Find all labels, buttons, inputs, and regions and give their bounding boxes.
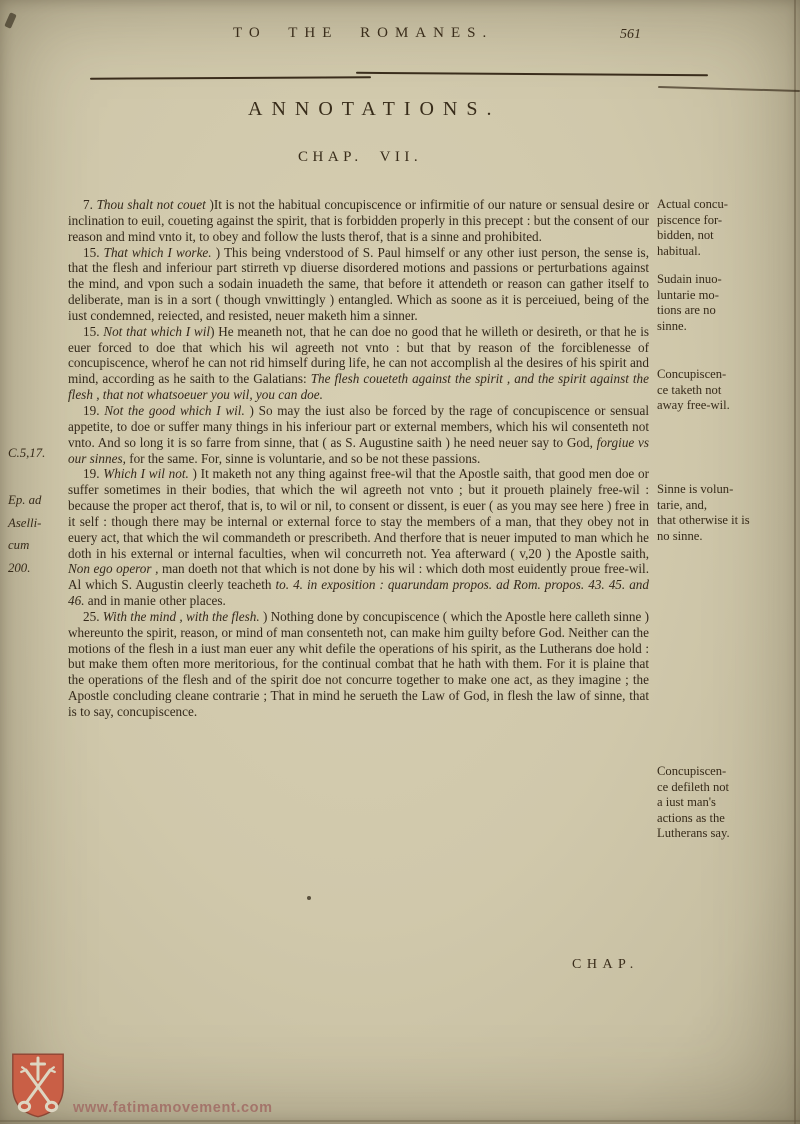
ink-dot bbox=[307, 896, 311, 900]
verse-number: 15. bbox=[83, 324, 103, 339]
lemma: That which I worke. bbox=[104, 245, 216, 260]
annotation-verse-7: 7. Thou shalt not couet )It is not the h… bbox=[68, 197, 649, 245]
header-rule-left bbox=[90, 76, 371, 80]
verse-number: 25. bbox=[83, 609, 103, 624]
annotation-body: and in manie other places. bbox=[88, 593, 226, 608]
margin-note-left-citation: C.5,17. bbox=[8, 446, 66, 461]
verse-number: 19. bbox=[83, 466, 103, 481]
chapter-heading: CHAP. VII. bbox=[298, 149, 422, 166]
section-title: ANNOTATIONS. bbox=[248, 98, 501, 121]
annotation-text-block: 7. Thou shalt not couet )It is not the h… bbox=[68, 197, 649, 720]
watermark: www.fatimamovement.com bbox=[10, 1051, 273, 1119]
verse-number: 15. bbox=[83, 245, 104, 260]
watermark-url: www.fatimamovement.com bbox=[73, 1100, 273, 1116]
page-edge-bottom bbox=[0, 1120, 800, 1122]
catchword: CHAP. bbox=[572, 957, 639, 973]
verse-number: 7. bbox=[83, 197, 97, 212]
margin-note-right: Concupiscen- ce defileth not a iust man'… bbox=[657, 764, 797, 842]
annotation-verse-19a: 19. Not the good which I wil. ) So may t… bbox=[68, 403, 649, 466]
margin-note-left-citation: Ep. ad Aselli- cum 200. bbox=[8, 489, 66, 579]
scripture-quote: Non ego operor , bbox=[68, 561, 162, 576]
page-edge-right bbox=[794, 0, 796, 1124]
margin-note-right: Sudain inuo- luntarie mo- tions are no s… bbox=[657, 272, 797, 334]
crossed-keys-shield-icon bbox=[10, 1051, 66, 1119]
running-header: TO THE ROMANES. bbox=[233, 25, 493, 42]
lemma: Which I wil not. bbox=[103, 466, 192, 481]
annotation-verse-25: 25. With the mind , with the flesh. ) No… bbox=[68, 609, 649, 720]
lemma: Not that which I wil bbox=[103, 324, 210, 339]
page-number: 561 bbox=[620, 27, 641, 43]
margin-note-right: Concupiscen- ce taketh not away free-wil… bbox=[657, 367, 797, 414]
annotation-body: ) Nothing done by concupiscence ( which … bbox=[68, 609, 649, 719]
annotation-verse-15a: 15. That which I worke. ) This being vnd… bbox=[68, 245, 649, 324]
lemma: Thou shalt not couet bbox=[97, 197, 210, 212]
annotation-verse-15b: 15. Not that which I wil) He meaneth not… bbox=[68, 324, 649, 403]
margin-note-right: Sinne is volun- tarie, and, that otherwi… bbox=[657, 482, 797, 544]
verse-number: 19. bbox=[83, 403, 104, 418]
header-rule-fragment bbox=[658, 86, 800, 92]
scanned-page: TO THE ROMANES. 561 ANNOTATIONS. CHAP. V… bbox=[0, 0, 800, 1124]
annotation-verse-19b: 19. Which I wil not. ) It maketh not any… bbox=[68, 466, 649, 609]
lemma: Not the good which I wil. bbox=[104, 403, 249, 418]
lemma: With the mind , with the flesh. bbox=[103, 609, 263, 624]
page-edge-speck bbox=[4, 12, 16, 29]
header-rule-right bbox=[356, 72, 708, 77]
margin-note-right: Actual concu- piscence for- bidden, not … bbox=[657, 197, 797, 259]
annotation-body: for the same. For, sinne is voluntarie, … bbox=[129, 451, 480, 466]
